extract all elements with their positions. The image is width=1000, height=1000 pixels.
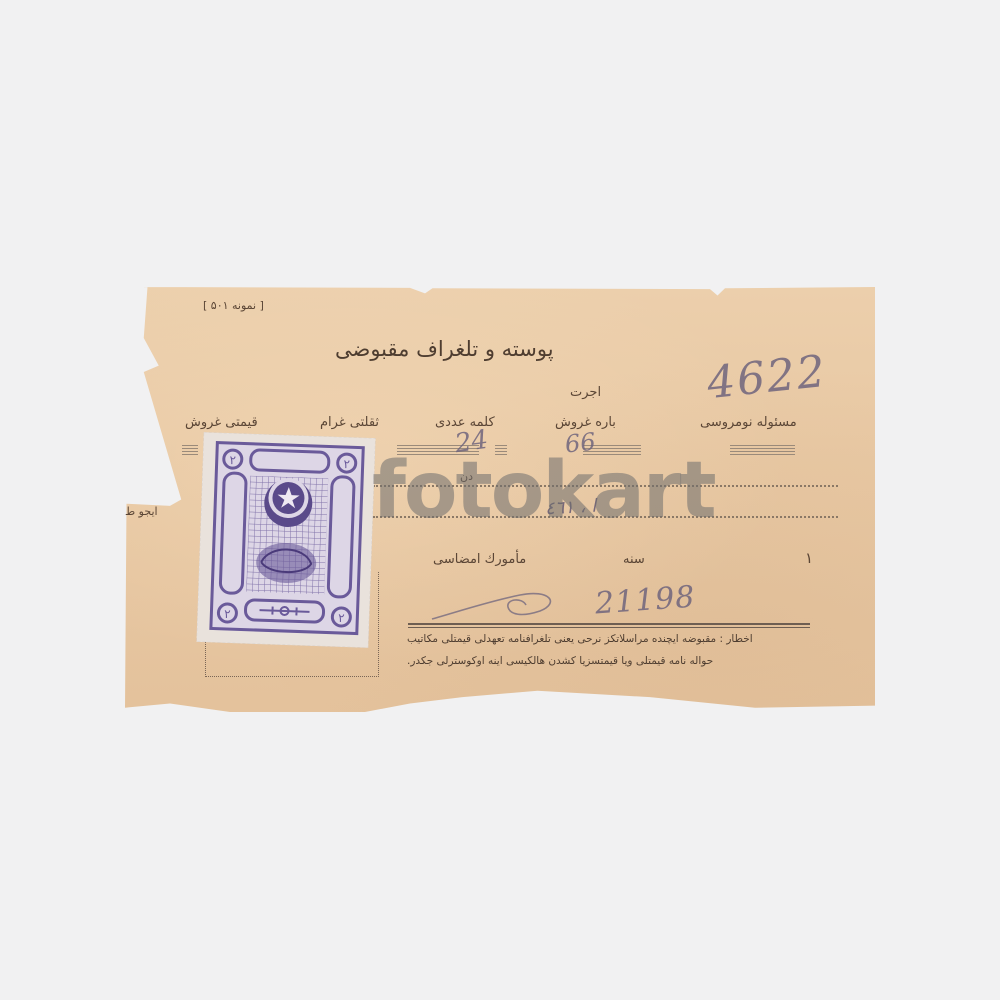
notice-line-1: اخطار : مقبوضه ایچنده مراسلاتكز نرحی یعن…: [407, 633, 753, 645]
fee-header: اجرت: [570, 385, 601, 400]
form-number: [ نمونه ۵۰۱ ]: [203, 299, 264, 312]
signature-scribble: [430, 589, 558, 623]
divider: [408, 623, 810, 625]
svg-text:٢: ٢: [338, 611, 345, 625]
notice-line-2: حواله نامه قیمتلی ویا قیمتسزیا کشدن هالک…: [407, 655, 713, 667]
ruled-field: [730, 445, 795, 457]
column-value-label: قیمتی غروش: [185, 415, 258, 430]
year-mark: ١: [805, 549, 813, 567]
watermark: fotokart: [372, 452, 715, 530]
postage-stamp: ٢ ٢ ٢ ٢: [196, 432, 375, 648]
handwritten-serial-number: 21198: [594, 580, 697, 622]
document-title: پوسته و تلغراف مقبوضی: [335, 337, 554, 361]
ruled-field: [182, 445, 198, 457]
officer-signature-label: مأمورك امضاسی: [433, 552, 526, 567]
svg-text:٢: ٢: [229, 453, 236, 467]
year-label: سنه: [623, 552, 645, 567]
column-weight-label: ثقلتی غرام: [320, 415, 379, 430]
column-number-label: مسئوله نومروسی: [700, 415, 797, 430]
divider: [408, 627, 810, 628]
left-edge-label: ایجو ط: [125, 505, 158, 518]
svg-text:٢: ٢: [224, 607, 231, 621]
svg-text:٢: ٢: [343, 457, 350, 471]
